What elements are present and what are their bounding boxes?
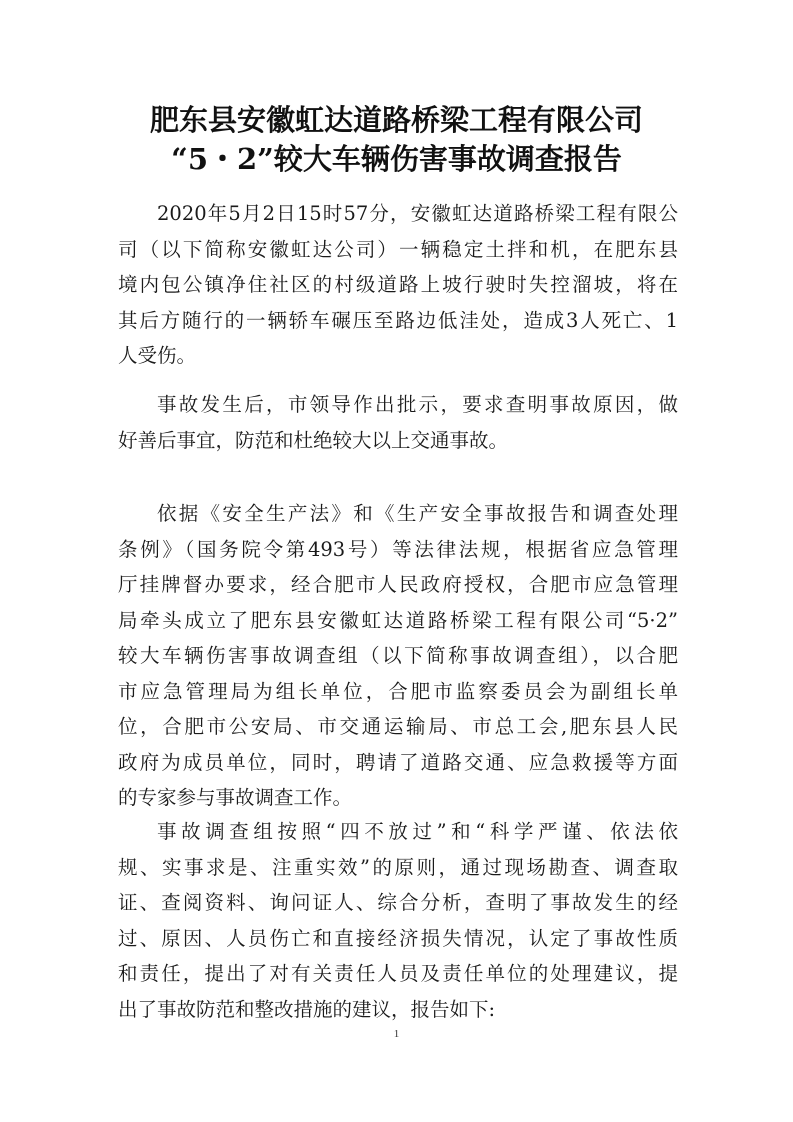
text-line: 人受伤。 [118,338,678,374]
text-line: 厅挂牌督办要求，经合肥市人民政府授权，合肥市应急管理 [118,567,678,603]
text-line: 2020年5月2日15时57分，安徽虹达道路桥梁工程有限公 [118,196,678,232]
page-number: 1 [0,1028,793,1040]
paragraph-leadership-instructions: 事故发生后，市领导作出批示，要求查明事故原因，做 好善后事宜，防范和杜绝较大以上… [118,387,678,458]
text-line: 司（以下简称安徽虹达公司）一辆稳定土拌和机，在肥东县 [118,232,678,268]
document-title-line-2: “5・2”较大车辆伤害事故调查报告 [0,137,793,178]
paragraph-investigation-team: 依据《安全生产法》和《生产安全事故报告和调查处理 条例》（国务院令第493号）等… [118,496,678,816]
text-line: 条例》（国务院令第493号）等法律法规，根据省应急管理 [118,532,678,568]
paragraph-investigation-principles: 事故调查组按照“四不放过”和“科学严谨、依法依 规、实事求是、注重实效”的原则，… [118,814,678,1027]
text-line: 市应急管理局为组长单位，合肥市监察委员会为副组长单 [118,674,678,710]
text-line: 依据《安全生产法》和《生产安全事故报告和调查处理 [118,496,678,532]
text-line: 局牵头成立了肥东县安徽虹达道路桥梁工程有限公司“5·2” [118,603,678,639]
paragraph-incident-summary: 2020年5月2日15时57分，安徽虹达道路桥梁工程有限公 司（以下简称安徽虹达… [118,196,678,374]
document-page: 肥东县安徽虹达道路桥梁工程有限公司 “5・2”较大车辆伤害事故调查报告 2020… [0,0,793,1122]
text-line: 和责任，提出了对有关责任人员及责任单位的处理建议，提 [118,956,678,992]
text-line: 事故发生后，市领导作出批示，要求查明事故原因，做 [118,387,678,423]
document-title-line-1: 肥东县安徽虹达道路桥梁工程有限公司 [0,98,793,139]
text-line: 规、实事求是、注重实效”的原则，通过现场勘查、调查取 [118,850,678,886]
text-line: 境内包公镇净住社区的村级道路上坡行驶时失控溜坡，将在 [118,267,678,303]
text-line: 过、原因、人员伤亡和直接经济损失情况，认定了事故性质 [118,921,678,957]
text-line: 证、查阅资料、询问证人、综合分析，查明了事故发生的经 [118,885,678,921]
text-line: 出了事故防范和整改措施的建议，报告如下: [118,992,678,1028]
text-line: 事故调查组按照“四不放过”和“科学严谨、依法依 [118,814,678,850]
text-line: 较大车辆伤害事故调查组（以下简称事故调查组），以合肥 [118,638,678,674]
text-line: 好善后事宜，防范和杜绝较大以上交通事故。 [118,423,678,459]
text-line: 其后方随行的一辆轿车碾压至路边低洼处，造成3人死亡、1 [118,303,678,339]
text-line: 政府为成员单位，同时，聘请了道路交通、应急救援等方面 [118,745,678,781]
text-line: 位，合肥市公安局、市交通运输局、市总工会,肥东县人民 [118,709,678,745]
text-line: 的专家参与事故调查工作。 [118,780,678,816]
